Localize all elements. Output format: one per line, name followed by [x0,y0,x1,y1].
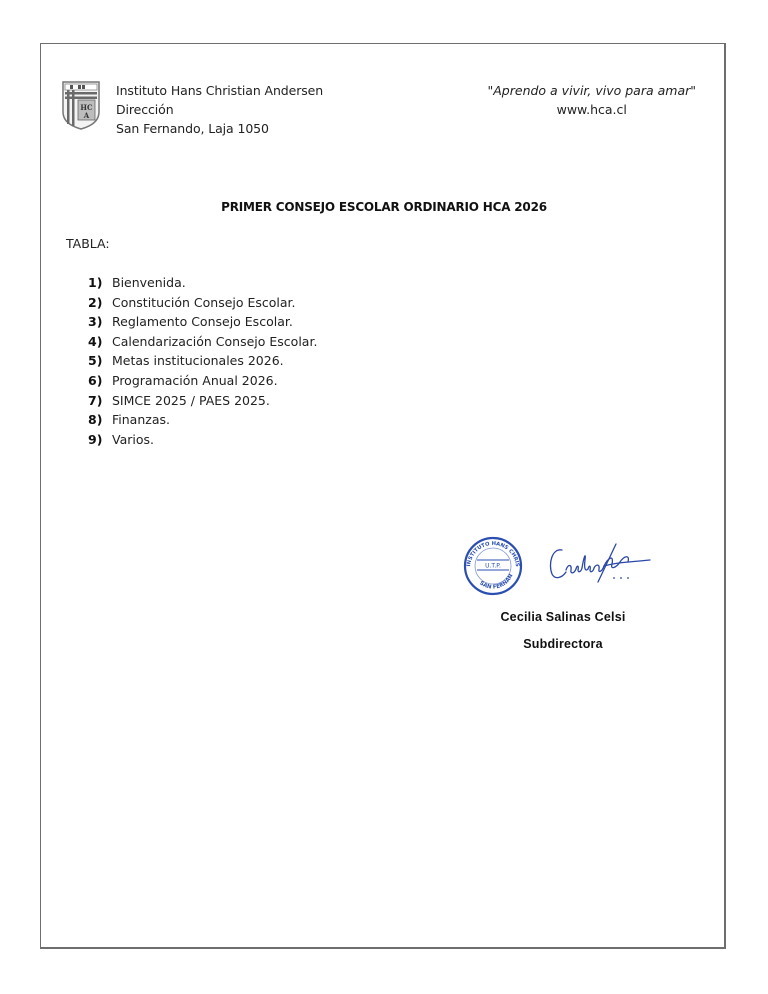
agenda-text: Programación Anual 2026. [112,373,278,388]
document-title: PRIMER CONSEJO ESCOLAR ORDINARIO HCA 202… [0,200,768,214]
agenda-item: 4)Calendarización Consejo Escolar. [88,332,317,352]
section-label: TABLA: [66,236,110,251]
institution-info: Instituto Hans Christian Andersen Direcc… [116,81,323,138]
institution-department: Dirección [116,100,323,119]
agenda-number: 5) [88,351,112,371]
agenda-number: 2) [88,293,112,313]
agenda-number: 8) [88,410,112,430]
agenda-list: 1)Bienvenida. 2)Constitución Consejo Esc… [88,273,317,449]
agenda-number: 4) [88,332,112,352]
agenda-text: SIMCE 2025 / PAES 2025. [112,393,270,408]
agenda-number: 1) [88,273,112,293]
agenda-item: 9)Varios. [88,430,317,450]
institution-name: Instituto Hans Christian Andersen [116,81,323,100]
motto-block: "Aprendo a vivir, vivo para amar" www.hc… [488,81,697,119]
agenda-text: Metas institucionales 2026. [112,353,284,368]
agenda-text: Varios. [112,432,154,447]
agenda-text: Bienvenida. [112,275,186,290]
official-stamp-icon: INSTITUTO HANS CHRISTIAN ANDERSEN SAN FE… [461,536,525,596]
agenda-text: Constitución Consejo Escolar. [112,295,296,310]
svg-text:A: A [83,111,90,120]
agenda-number: 3) [88,312,112,332]
website: www.hca.cl [488,100,697,119]
agenda-text: Reglamento Consejo Escolar. [112,314,293,329]
agenda-number: 9) [88,430,112,450]
agenda-item: 8)Finanzas. [88,410,317,430]
agenda-number: 7) [88,391,112,411]
institution-address: San Fernando, Laja 1050 [116,119,323,138]
signer-role: Subdirectora [478,637,648,651]
svg-text:U.T.P.: U.T.P. [485,563,501,570]
handwritten-signature-icon [540,536,656,596]
school-crest-icon: HC A [61,80,101,130]
motto: "Aprendo a vivir, vivo para amar" [488,81,697,100]
agenda-item: 3)Reglamento Consejo Escolar. [88,312,317,332]
agenda-item: 1)Bienvenida. [88,273,317,293]
agenda-text: Finanzas. [112,412,170,427]
agenda-text: Calendarización Consejo Escolar. [112,334,317,349]
agenda-number: 6) [88,371,112,391]
agenda-item: 5)Metas institucionales 2026. [88,351,317,371]
agenda-item: 2)Constitución Consejo Escolar. [88,293,317,313]
signer-name: Cecilia Salinas Celsi [478,610,648,624]
agenda-item: 6)Programación Anual 2026. [88,371,317,391]
page-border [40,43,726,949]
agenda-item: 7)SIMCE 2025 / PAES 2025. [88,391,317,411]
